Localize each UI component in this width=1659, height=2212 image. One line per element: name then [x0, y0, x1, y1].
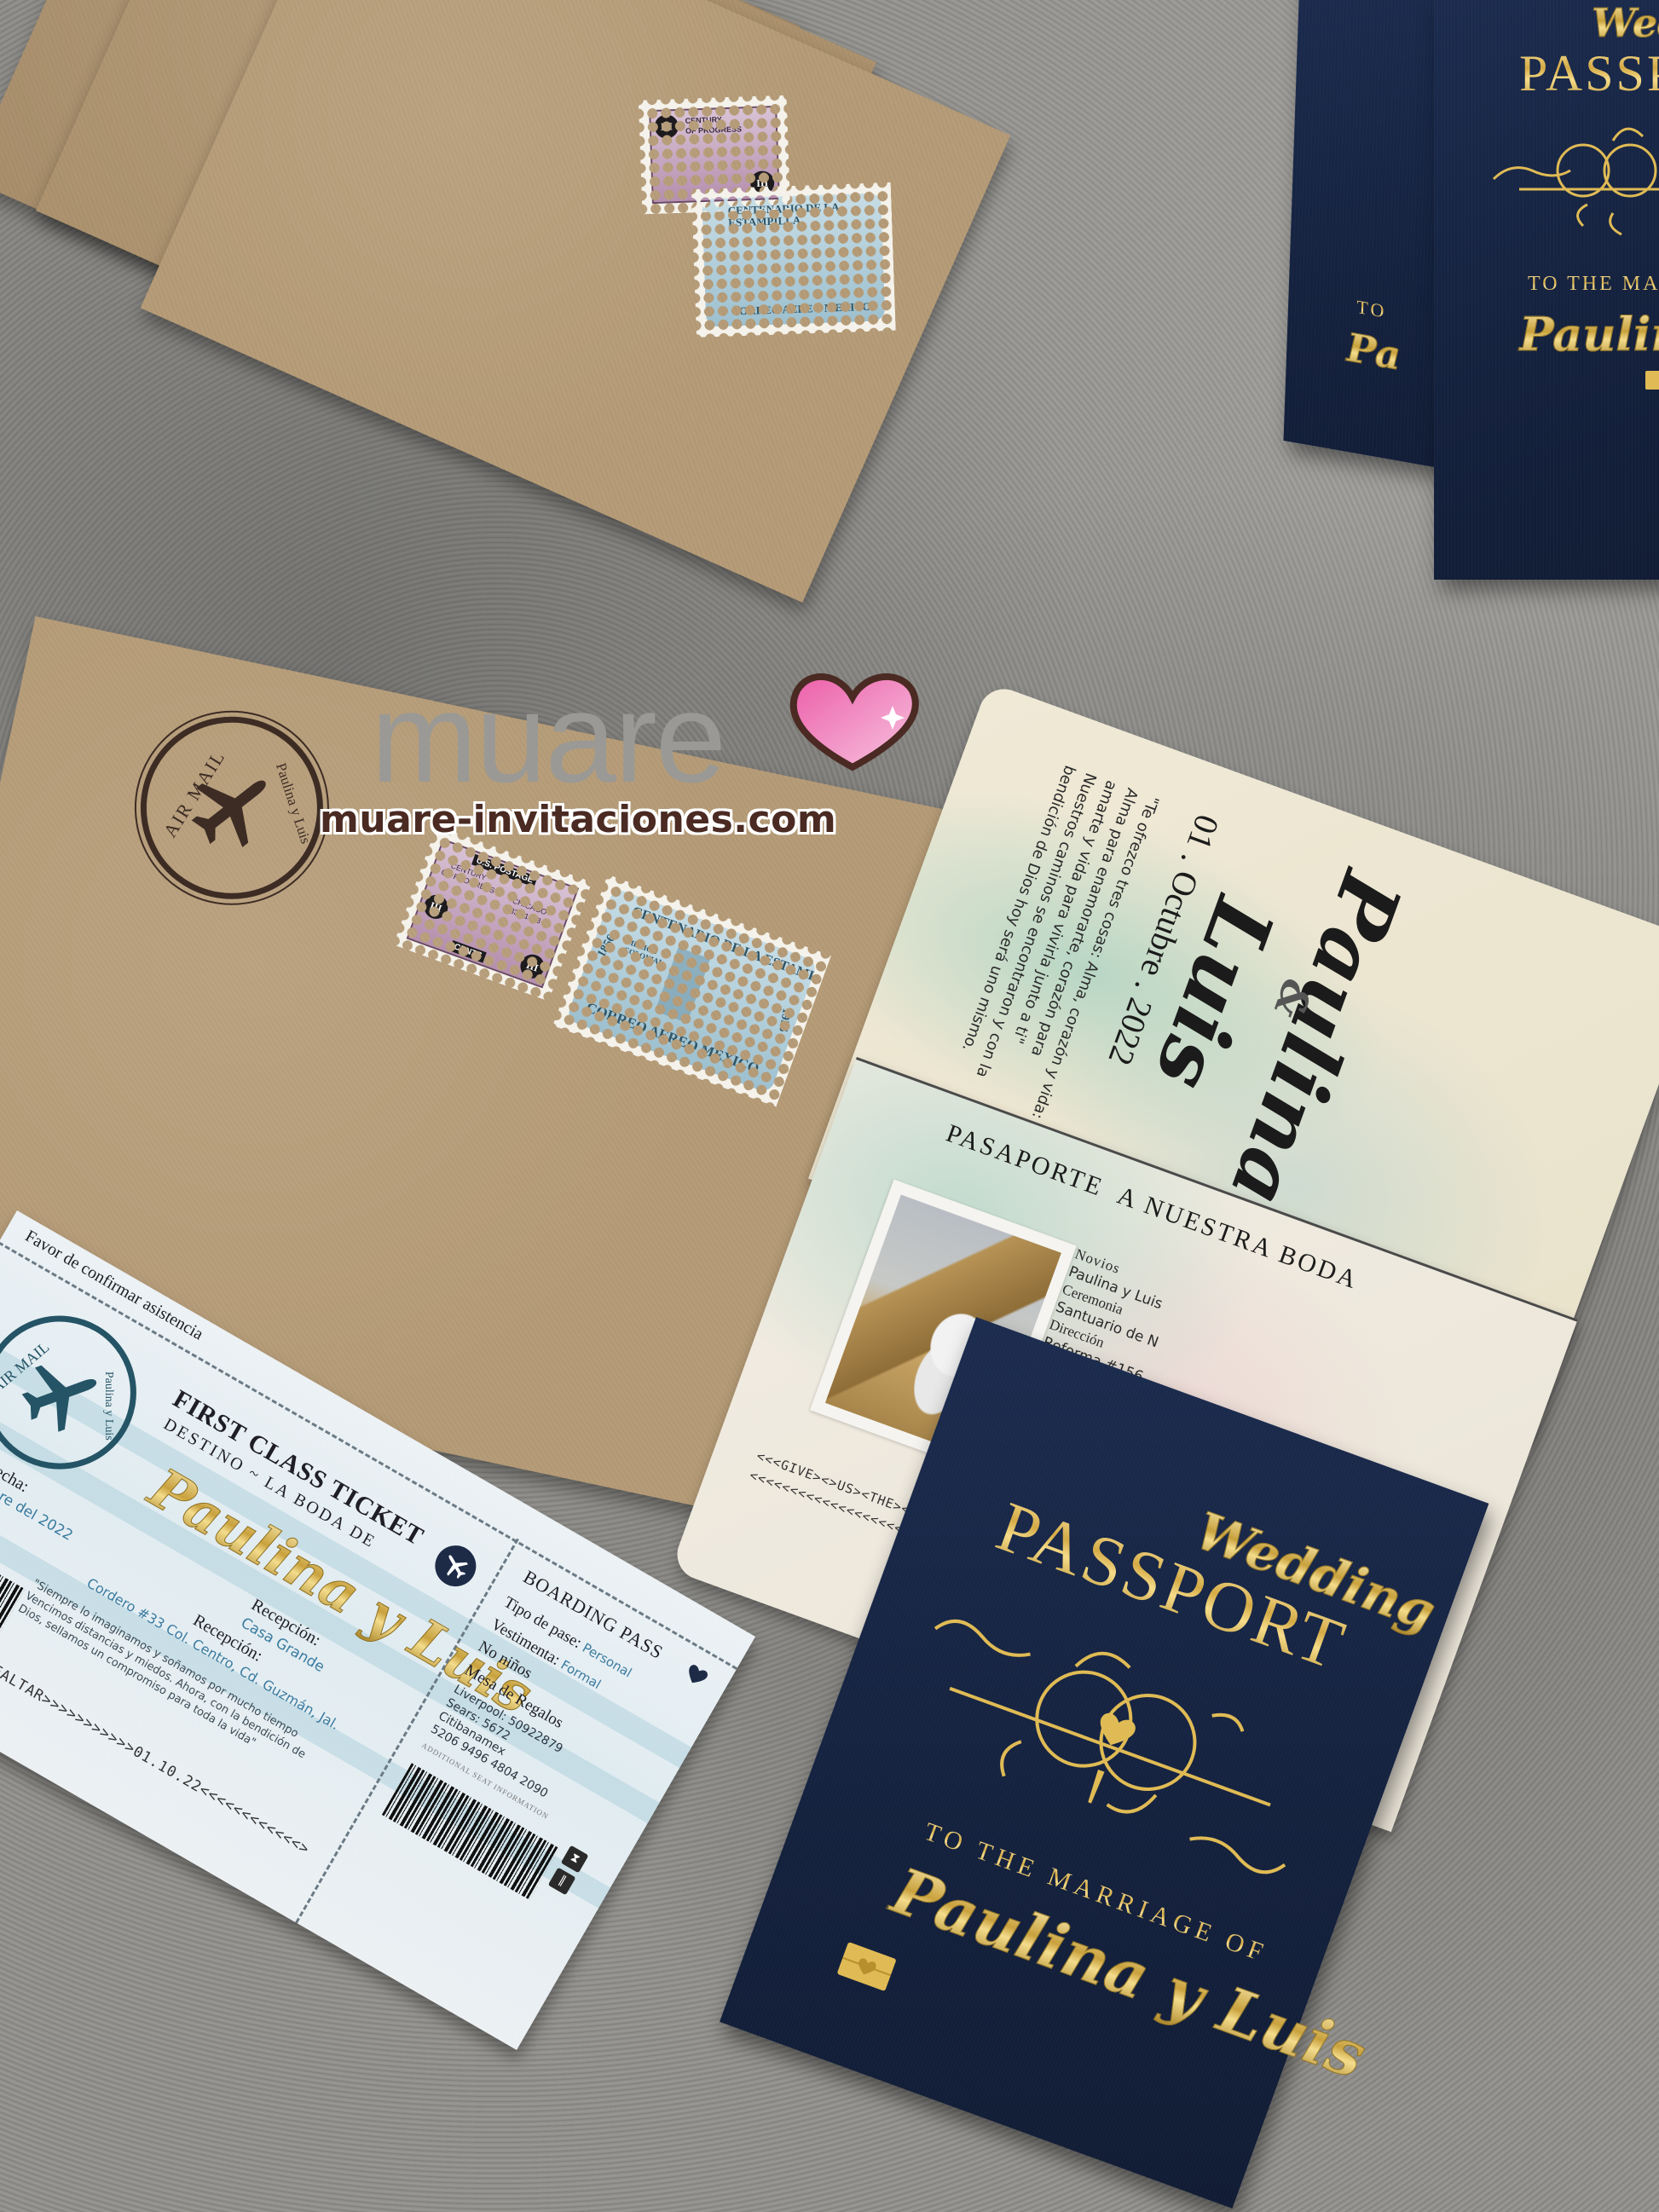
- heart-icon: [682, 1661, 712, 1690]
- stamp-year: 1956: [776, 1007, 793, 1032]
- envelope-top: III III CENTURY OF PROGRESS CENTENARIO D…: [141, 0, 1011, 603]
- stamp-year: 1856: [595, 933, 618, 960]
- stamp-bottom-text: CORREO AEREO MEXICO: [731, 301, 871, 318]
- stamp-value-badge: III: [517, 951, 547, 982]
- barcode: [0, 1516, 25, 1641]
- passport-script-title: Wedding: [1592, 0, 1659, 46]
- stamp-footer: CENTS: [449, 940, 487, 963]
- chip-icon: [1645, 371, 1659, 390]
- watermark-logo: muare muare-invitaciones.com: [371, 673, 836, 841]
- passport-title: PASSPORT: [1519, 44, 1659, 103]
- plane-badge: [428, 1538, 484, 1594]
- stamp-value-badge: III: [654, 114, 679, 139]
- us-postage-stamp: U.S. POSTAGE CENTURY OF PROGRESS CHICAGO…: [393, 825, 592, 1001]
- passport-subtitle: TO: [1356, 296, 1387, 323]
- stamp-title: OF PROGRESS: [685, 125, 742, 136]
- chip-icon: [837, 1942, 897, 1991]
- stamp-top-text: CENTENARIO DE LA ESTAMPILLA: [728, 199, 882, 229]
- passport-cover-front: Wedding PASSPORT TO THE MARRIAGE OF Paul…: [1434, 0, 1659, 580]
- mexico-stamp: CENTENARIO DE LA ESTAMPILLA CORREO AEREO…: [691, 182, 896, 338]
- airmail-label: AIR MAIL: [159, 746, 230, 841]
- ornament-icon: [1485, 119, 1659, 247]
- passport-couple: Pa: [1346, 324, 1402, 379]
- stamp-title: CENTURY: [685, 116, 721, 125]
- airmail-couple: Paulina y Luis: [101, 1372, 115, 1441]
- airmail-stamp: AIR MAIL Paulina y Luis: [124, 700, 340, 916]
- heart-icon: [780, 665, 925, 776]
- passport-couple: Paulina y Luis: [1519, 307, 1659, 361]
- chip-heart-icon: [837, 1942, 897, 1991]
- airplane-icon: [176, 753, 287, 863]
- mexico-stamp: CENTENARIO DE LA ESTAMPILLA 1856 1956 ME…: [552, 875, 831, 1107]
- airplane-icon: [428, 1538, 484, 1594]
- stamp-value-badge: III: [421, 892, 452, 922]
- ticket-airmail-stamp: AIR MAIL Paulina y Luis: [0, 1288, 165, 1498]
- passport-subtitle: TO THE MARRIAGE OF: [1528, 273, 1659, 296]
- airmail-couple: Paulina y Luis: [272, 761, 314, 846]
- stamp-caption: MEXICO COLONIAL: [622, 938, 668, 968]
- brand-name: muare: [371, 673, 836, 801]
